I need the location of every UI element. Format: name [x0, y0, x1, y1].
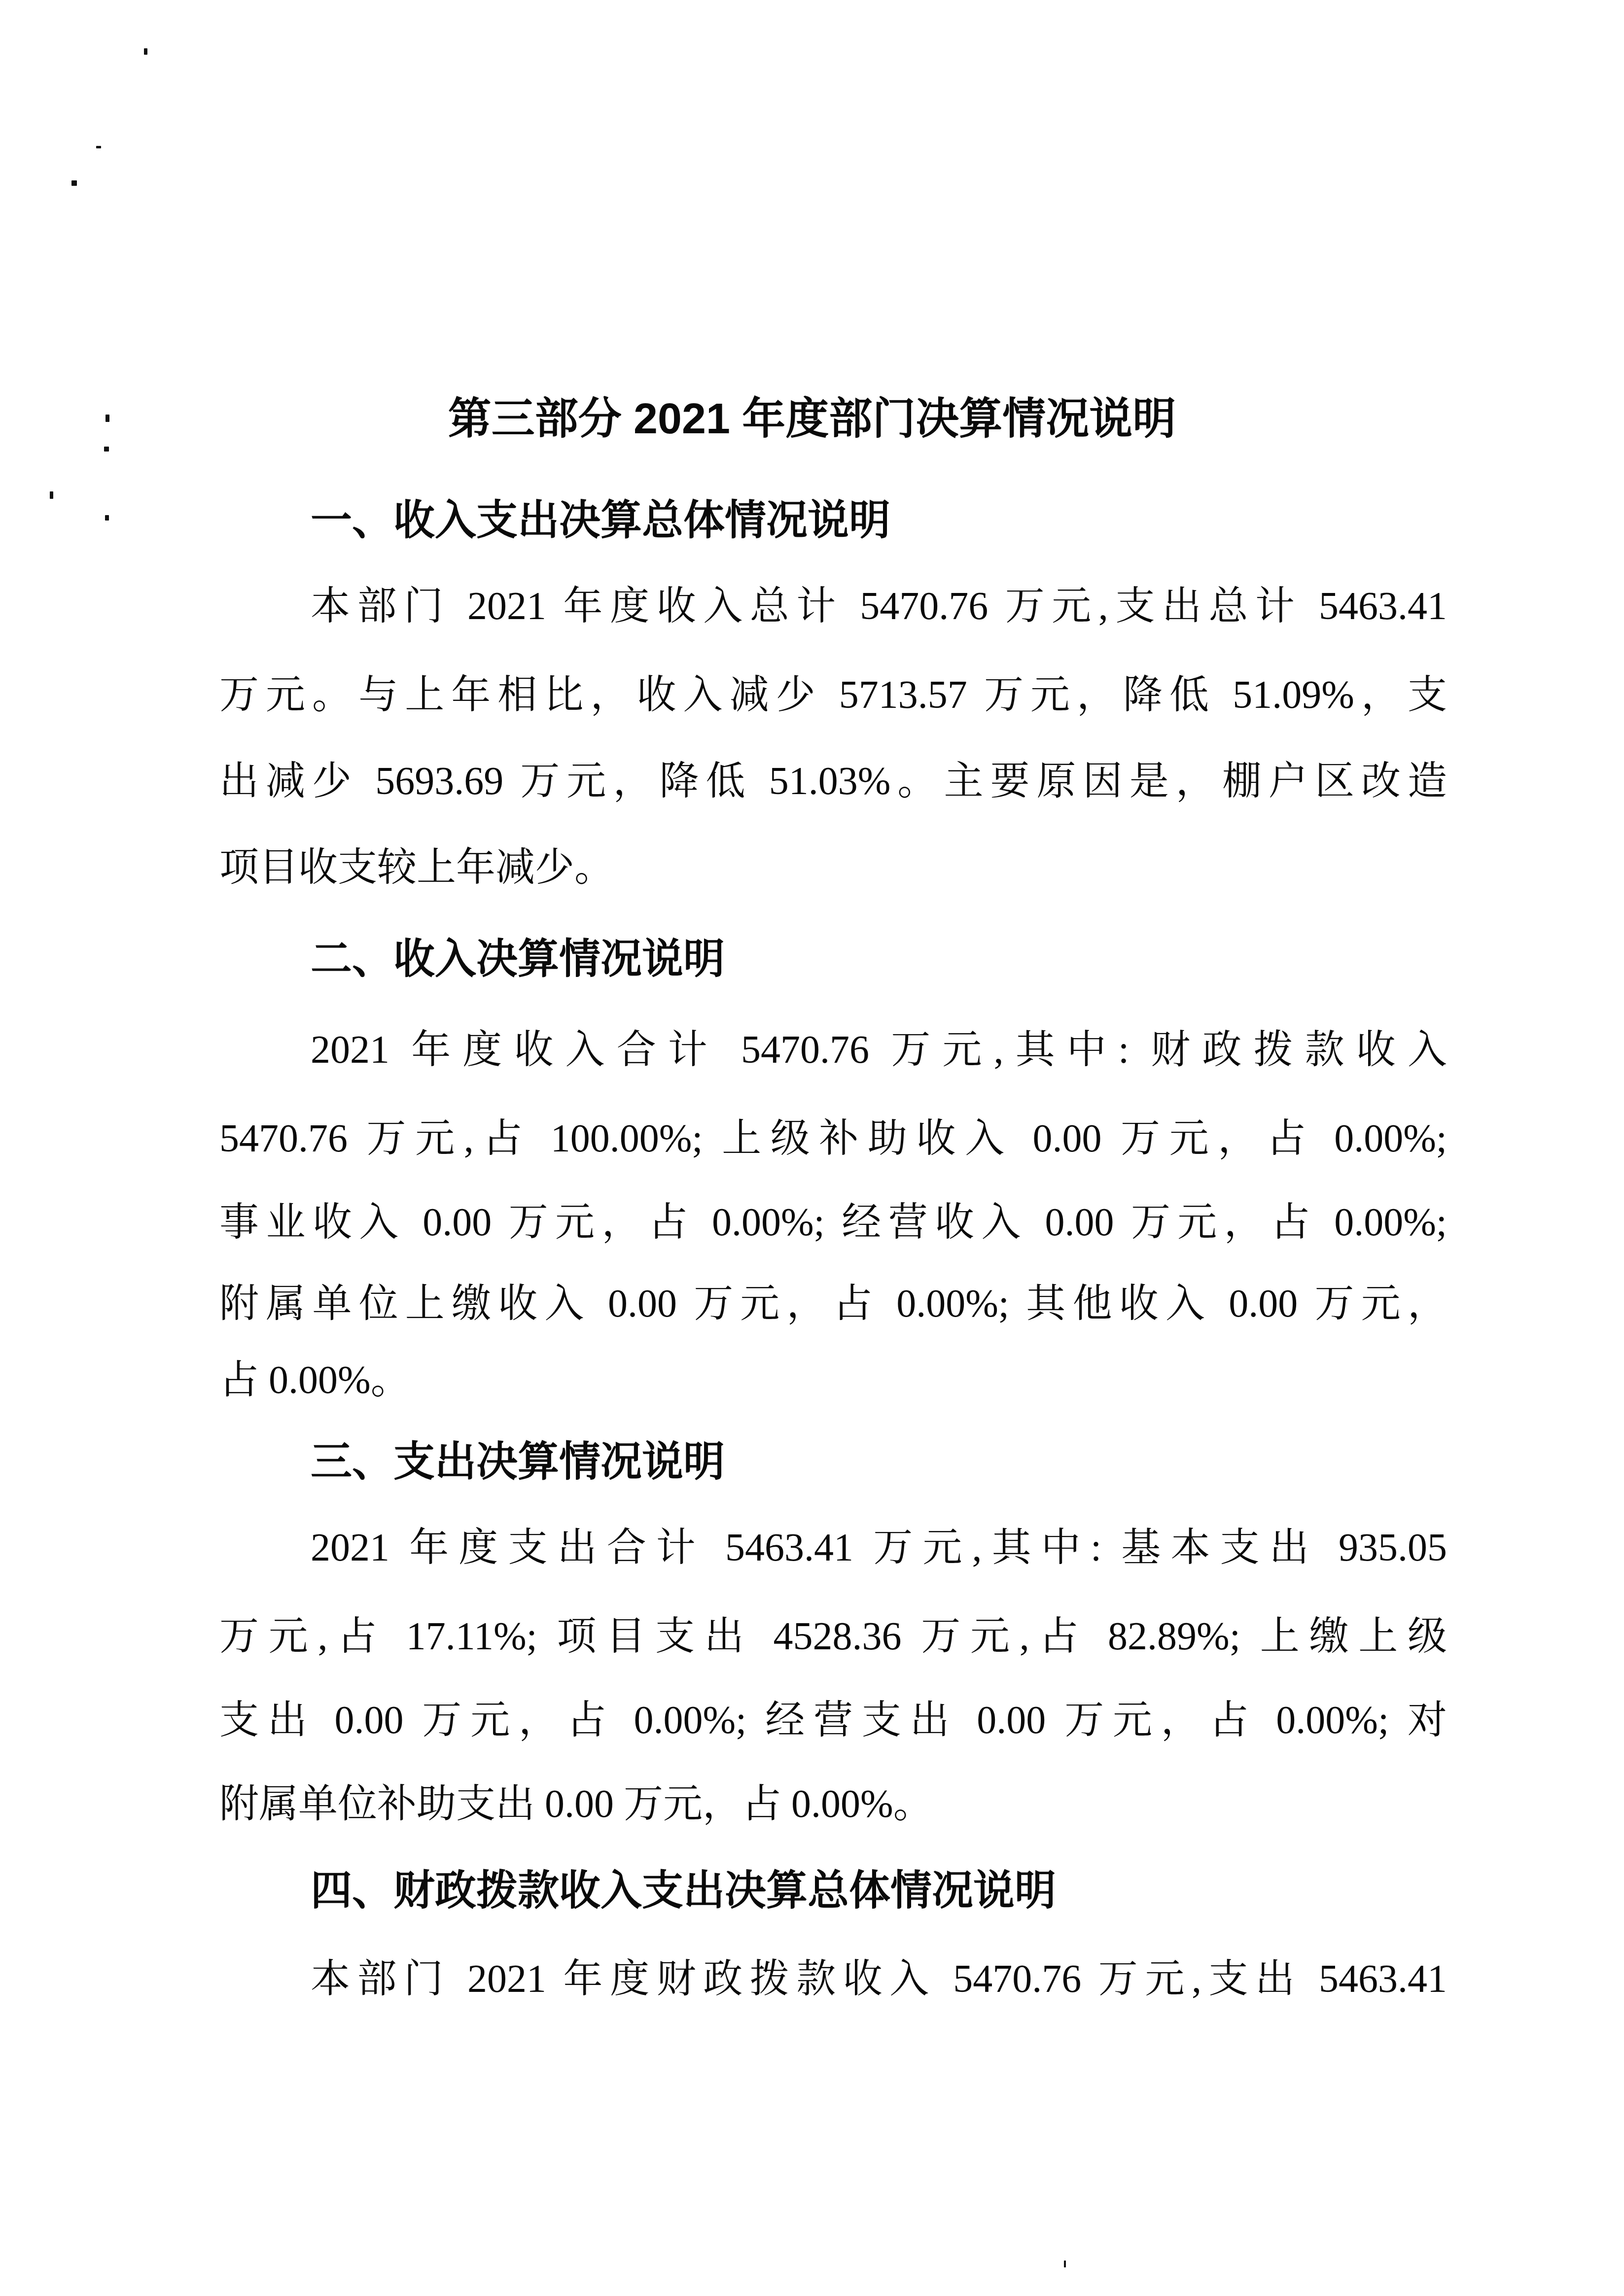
scan-speck: [1064, 2261, 1066, 2267]
section-1-line-1: 本部门 2021 年度收入总计 5470.76 万元,支出总计 5463.41: [219, 563, 1447, 650]
section-1-line-3: 出减少 5693.69 万元，降低 51.03%。主要原因是，棚户区改造: [219, 738, 1447, 825]
scan-speck: [105, 515, 109, 521]
section-3-line-2: 万元,占 17.11%; 项目支出 4528.36 万元,占 82.89%; 上…: [219, 1594, 1447, 1680]
page-title: 第三部分 2021 年度部门决算情况说明: [0, 375, 1624, 461]
section-1-heading: 一、收入支出决算总体情况说明: [219, 477, 1447, 563]
scan-speck: [71, 180, 77, 186]
section-2-line-3: 事业收入 0.00 万元，占 0.00%; 经营收入 0.00 万元，占 0.0…: [219, 1180, 1447, 1266]
section-4-line-1: 本部门 2021 年度财政拨款收入 5470.76 万元,支出 5463.41: [219, 1936, 1447, 2022]
section-2-line-5: 占 0.00%。: [219, 1337, 1447, 1424]
section-3-line-4: 附属单位补助支出 0.00 万元，占 0.00%。: [219, 1761, 1447, 1847]
scan-speck: [96, 146, 101, 148]
section-4-heading: 四、财政拨款收入支出决算总体情况说明: [219, 1847, 1447, 1934]
document-page: 第三部分 2021 年度部门决算情况说明 一、收入支出决算总体情况说明 本部门 …: [0, 0, 1624, 2296]
section-3-line-1: 2021 年度支出合计 5463.41 万元,其中: 基本支出 935.05: [219, 1505, 1447, 1591]
scan-speck: [144, 48, 147, 55]
section-3-heading: 三、支出决算情况说明: [219, 1419, 1447, 1505]
section-3-line-3: 支出 0.00 万元，占 0.00%; 经营支出 0.00 万元，占 0.00%…: [219, 1677, 1447, 1764]
section-1-line-4: 项目收支较上年减少。: [219, 825, 1447, 911]
section-2-line-2: 5470.76 万元,占 100.00%; 上级补助收入 0.00 万元，占 0…: [219, 1096, 1447, 1182]
section-2-line-1: 2021 年度收入合计 5470.76 万元,其中: 财政拨款收入: [219, 1007, 1447, 1093]
section-2-line-4: 附属单位上缴收入 0.00 万元，占 0.00%; 其他收入 0.00 万元，: [219, 1261, 1447, 1347]
scan-speck: [50, 491, 53, 499]
section-2-heading: 二、收入决算情况说明: [219, 916, 1447, 1002]
section-1-line-2: 万元。与上年相比，收入减少 5713.57 万元，降低 51.09%，支: [219, 652, 1447, 738]
